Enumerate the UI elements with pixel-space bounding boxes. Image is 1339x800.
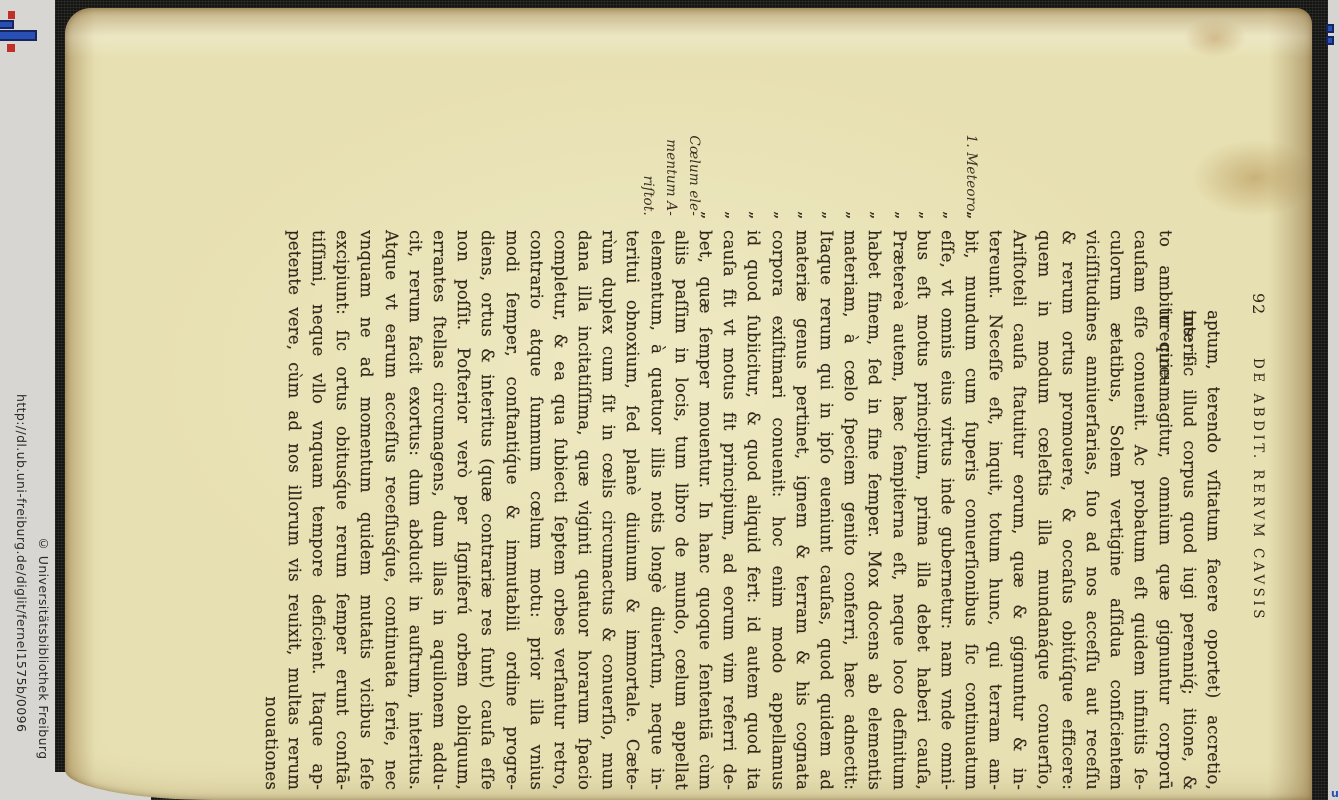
edge-text-fragment: u <box>1331 787 1338 797</box>
text-line: completur, & ea qua ſubiecti ſeptem orbe… <box>548 230 572 790</box>
text-line: cit, rerum facit exortus: dum abducit in… <box>403 230 427 790</box>
running-header: 92 DE ABDIT. RERVM CAVSIS <box>1242 8 1268 800</box>
text-line-text: habet finem, ſed in fine ſemper. Mox doc… <box>865 230 884 790</box>
text-line: dana illa incitatiſſima, quæ viginti qua… <box>572 230 596 790</box>
text-line-text: viciſſitudines anniuerſarias, ſuo ad nos… <box>1083 230 1102 790</box>
text-line: Ariſtoteli cauſa ſtatuitur eorum, quæ & … <box>1007 230 1031 790</box>
text-line: „bus eſt motus principium, prima illa de… <box>911 230 935 790</box>
text-line: errantes ſtellas circumagens, dum illas … <box>427 230 451 790</box>
text-line-text: elementum, à quatuor illis notis longè d… <box>648 230 667 790</box>
body-text: aptum, terendo vſitatum facere oportet) … <box>282 230 1225 790</box>
quote-mark: „ <box>914 211 938 220</box>
text-line: & rerum ortus promouere, & occaſus obitú… <box>1056 230 1080 790</box>
text-line-text: cauſam eſſe conuenit. Ac probatum eſt qu… <box>1131 230 1150 790</box>
registration-mark-icon <box>0 30 37 41</box>
text-line: teritui obnoxium, ſed planè diuinum & im… <box>620 230 644 790</box>
source-url-label: http://dl.ub.uni-freiburg.de/diglit/fern… <box>14 394 29 732</box>
text-line: Atque vt earum acceſſus receſſusq́ue, co… <box>378 230 402 790</box>
quote-mark: „ <box>817 211 841 220</box>
text-line-text: eſſe, vt omnis eius virtus inde gubernet… <box>938 230 957 790</box>
text-line-text: corpora exiſtimari conuenit: hoc enim mo… <box>769 230 788 790</box>
text-line-text: Atque vt earum acceſſus receſſusq́ue, co… <box>382 230 401 790</box>
text-line-text: excipiunt: ſic ortus obitusq́ue rerum ſe… <box>333 230 352 790</box>
text-line: „materiæ genus pertinet, ignem & terram … <box>790 230 814 790</box>
text-line: elementum, à quatuor illis notis longè d… <box>645 230 669 790</box>
text-line-text: bit, mundum cum ſuperis conuerſionibus ſ… <box>962 230 981 790</box>
text-line-text: errantes ſtellas circumagens, dum illas … <box>430 230 449 790</box>
text-line-text: culorum ætatibus, Solem vertigine aſſidu… <box>1107 230 1126 790</box>
text-line: „id quod ſubiicitur, & quod aliquid fert… <box>741 230 765 790</box>
text-line-text: teritui obnoxium, ſed planè diuinum & im… <box>624 230 643 790</box>
marginal-note: 1. Meteoro. <box>959 130 982 216</box>
digitized-book-scan-viewer: { "scan_frame": { "url_label": "http://d… <box>0 0 1339 800</box>
text-line-text: petente vere, cùm ad nos illorum vis reu… <box>285 230 304 790</box>
text-line-text: Ariſtoteli cauſa ſtatuitur eorum, quæ & … <box>1011 230 1030 790</box>
quote-mark: „ <box>793 211 817 220</box>
marginal-note-line: Cœlum ele- <box>682 130 705 216</box>
quote-mark: „ <box>744 211 768 220</box>
scan-strip-right <box>1328 0 1339 800</box>
quote-mark: „ <box>865 211 889 220</box>
registration-mark-icon <box>7 44 15 52</box>
page-content: 92 DE ABDIT. RERVM CAVSIS aptum, terendo… <box>65 8 1312 800</box>
text-line: quem in modum cœleſtis illa mundanáque c… <box>1032 230 1056 790</box>
text-line-text: aliis paſſim in locis, tum libro de mund… <box>672 230 691 790</box>
text-line: non poſſit. Poſterior verò per ſigniferú… <box>451 230 475 790</box>
text-line: „materiam, à cœlo ſpeciem genito conferr… <box>838 230 862 790</box>
text-line-text: cauſa fit vt motus fit principium, ad eo… <box>720 230 739 790</box>
quote-mark: „ <box>889 211 913 220</box>
text-line: „corpora exiſtimari conuenit: hoc enim m… <box>765 230 789 790</box>
quote-mark: „ <box>720 211 744 220</box>
text-line-text: Prætereà autem, hæc ſempiterna eſt, nequ… <box>890 230 909 790</box>
text-line-text: & rerum ortus promouere, & occaſus obitú… <box>1059 230 1078 790</box>
registration-mark-icon <box>1326 24 1334 33</box>
running-header-text: DE ABDIT. RERVM CAVSIS <box>1250 358 1266 622</box>
book-page: 92 DE ABDIT. RERVM CAVSIS aptum, terendo… <box>65 8 1312 800</box>
text-line-text: to ambitu circumagitur, omnium quæ gignu… <box>1156 230 1175 790</box>
text-line: aliis paſſim in locis, tum libro de mund… <box>669 230 693 790</box>
text-line-text: materiæ genus pertinet, ignem & terram &… <box>793 230 812 790</box>
text-line: to ambitu circumagitur, omnium quæ gignu… <box>1152 230 1176 790</box>
text-line: „Prætereà autem, hæc ſempiterna eſt, neq… <box>886 230 910 790</box>
text-line: modi ſemper, conſtantiq́ue & immutabili … <box>499 230 523 790</box>
text-line-text: bet, quæ ſemper mouentur. In hanc quoque… <box>696 230 715 790</box>
text-line: tereunt. Neceſſe eſt, inquit, totum hunc… <box>983 230 1007 790</box>
text-line-text: id quod ſubiicitur, & quod aliquid fert:… <box>744 230 763 790</box>
text-line: „habet finem, ſed in fine ſemper. Mox do… <box>862 230 886 790</box>
text-line: culorum ætatibus, Solem vertigine aſſidu… <box>1104 230 1128 790</box>
quote-mark: „ <box>841 211 865 220</box>
text-line: „Itaque rerum qui in ipſo eueniunt cauſa… <box>814 230 838 790</box>
text-line-text: completur, & ea qua ſubiecti ſeptem orbe… <box>551 230 570 790</box>
text-line: viciſſitudines anniuerſarias, ſuo ad nos… <box>1080 230 1104 790</box>
text-line: tiſſimi, neque vllo vnquam tempore defic… <box>306 230 330 790</box>
registration-mark-icon <box>0 20 14 29</box>
text-line-text: tiſſimi, neque vllo vnquam tempore defic… <box>309 230 328 790</box>
text-line: petente vere, cùm ad nos illorum vis reu… <box>282 230 306 790</box>
text-line-text: cit, rerum facit exortus: dum abducit in… <box>406 230 425 790</box>
quote-mark: „ <box>768 211 792 220</box>
catchword: nouationes <box>262 230 281 790</box>
text-line-text: contrario atque ſummum cœlum motu: prior… <box>527 230 546 790</box>
marginal-note: Cœlum ele-mentum A-riſtot. <box>636 130 705 216</box>
text-line: „eſſe, vt omnis eius virtus inde guberne… <box>935 230 959 790</box>
marginal-note-line: mentum A- <box>659 130 682 216</box>
text-line: „bit, mundum cum ſuperis conuerſionibus … <box>959 230 983 790</box>
text-line-text: dana illa incitatiſſima, quæ viginti qua… <box>575 230 594 790</box>
marginal-note-line: 1. Meteoro. <box>959 130 982 216</box>
text-line-text: quem in modum cœleſtis illa mundanáque c… <box>1035 230 1054 790</box>
text-line-text: modi ſemper, conſtantiq́ue & immutabili … <box>503 230 522 790</box>
marginal-note-line: riſtot. <box>636 130 659 216</box>
registration-mark-icon <box>8 11 15 19</box>
text-line-text: bus eſt motus principium, prima illa deb… <box>914 230 933 790</box>
text-line: aptum, terendo vſitatum facere oportet) … <box>1201 310 1225 790</box>
page-number: 92 <box>1249 293 1268 315</box>
text-line-text: Itaque rerum qui in ipſo eueniunt cauſas… <box>817 230 836 790</box>
copyright-label: © Universitätsbibliothek Freiburg <box>36 536 51 760</box>
text-line: excipiunt: ſic ortus obitusq́ue rerum ſe… <box>330 230 354 790</box>
text-line-text: non poſſit. Poſterior verò per ſigniferú… <box>454 230 473 790</box>
text-line: tus: ſic illud corpus quod iugi perenniq… <box>1177 310 1201 790</box>
text-line-text: vnquam ne ad momentum quidem mutatis vic… <box>357 230 376 790</box>
registration-mark-icon <box>1326 36 1334 45</box>
text-line: rùm duplex cum ſit in cœlis circumactus … <box>596 230 620 790</box>
text-line: vnquam ne ad momentum quidem mutatis vic… <box>354 230 378 790</box>
text-line: „bet, quæ ſemper mouentur. In hanc quoqu… <box>693 230 717 790</box>
text-line-text: tereunt. Neceſſe eſt, inquit, totum hunc… <box>986 230 1005 790</box>
text-line: diens, ortus & interitus (quæ contrariæ … <box>475 230 499 790</box>
text-line-text: rùm duplex cum ſit in cœlis circumactus … <box>599 230 618 790</box>
text-line-text: materiam, à cœlo ſpeciem genito conferri… <box>841 230 860 790</box>
text-line: cauſam eſſe conuenit. Ac probatum eſt qu… <box>1128 230 1152 790</box>
text-line: „cauſa fit vt motus fit principium, ad e… <box>717 230 741 790</box>
text-line: contrario atque ſummum cœlum motu: prior… <box>524 230 548 790</box>
text-line-text: diens, ortus & interitus (quæ contrariæ … <box>478 230 497 790</box>
